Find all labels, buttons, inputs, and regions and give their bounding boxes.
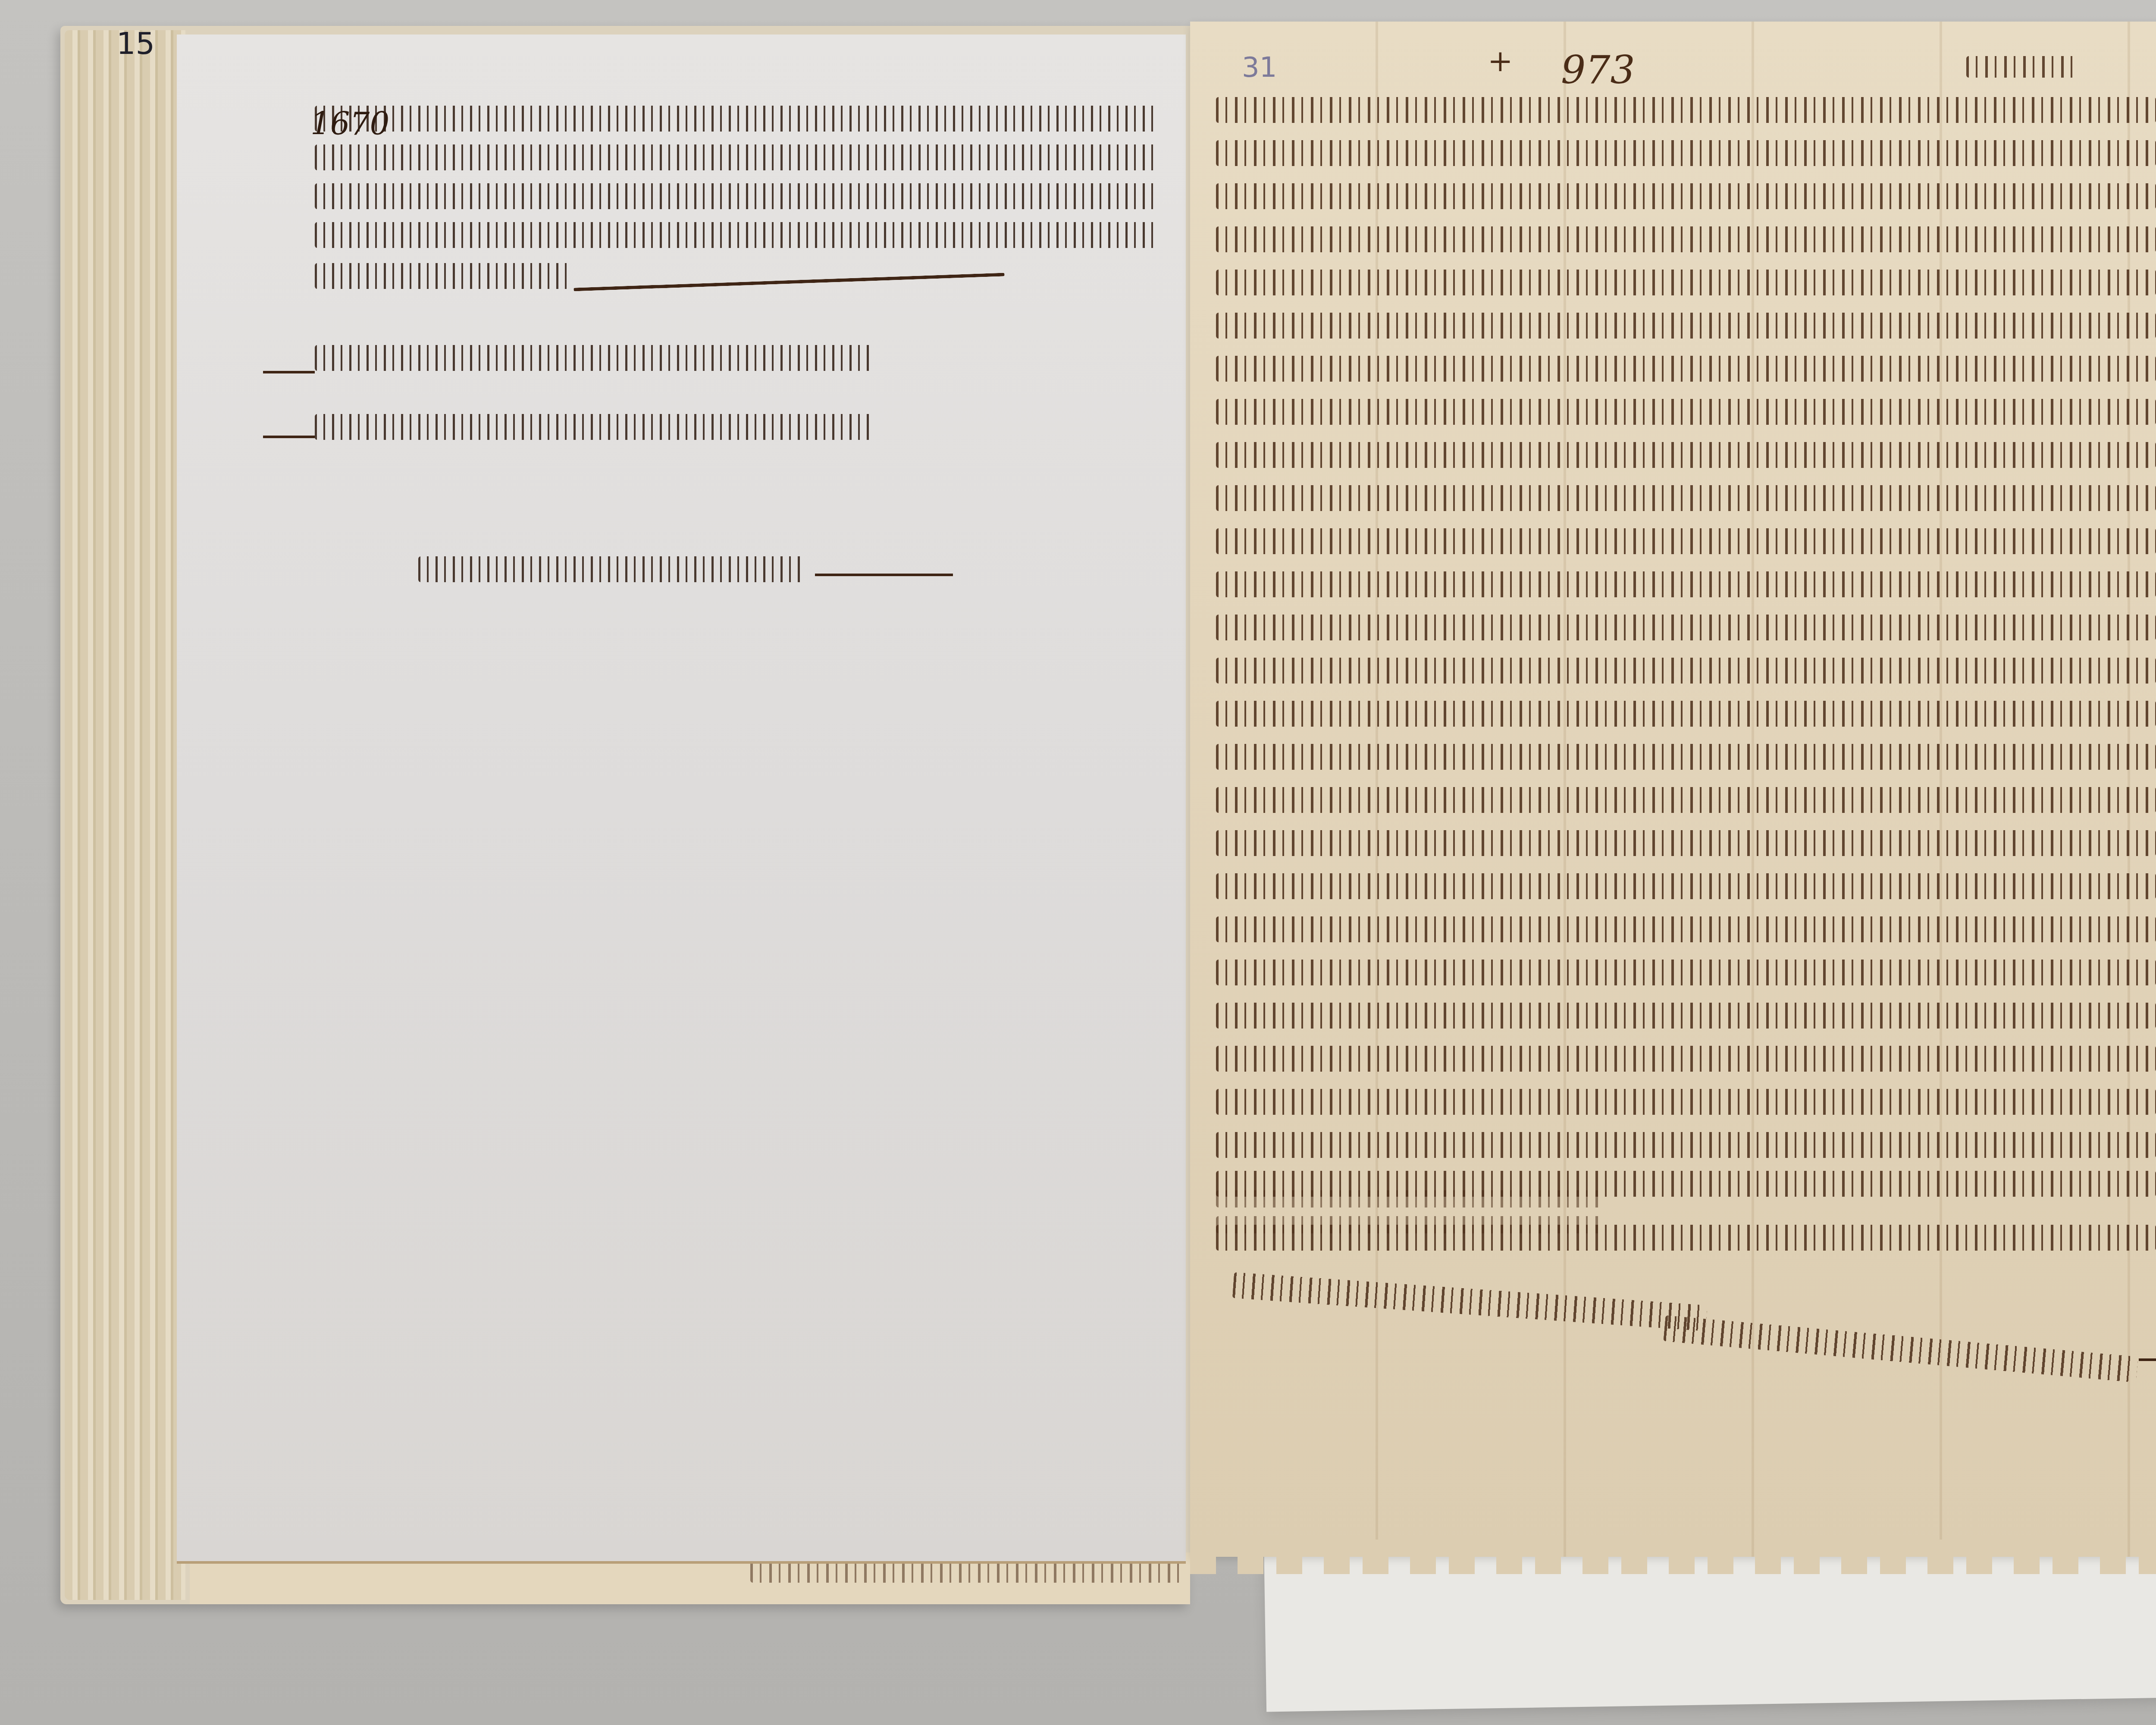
text-line [315,222,1156,248]
text-line [1216,183,2156,209]
text-line [315,183,1156,209]
text-line [1216,787,2156,813]
text-line [1216,615,2156,640]
text-line [1216,873,2156,899]
underline-stroke [573,273,1005,292]
text-line [1216,960,2156,985]
header-word [1966,50,2078,85]
small-text-line [1216,1216,1604,1233]
dash [263,371,315,373]
dash [263,436,315,438]
text-line [1216,830,2156,856]
text-line [1216,701,2156,727]
text-line [1216,1046,2156,1072]
text-line [1216,485,2156,511]
text-line [315,263,573,289]
folio-number: 15 [116,26,155,61]
page-edges [65,30,185,1600]
text-line [1216,1089,2156,1115]
text-line [1216,916,2156,942]
torn-edge [1190,1540,2156,1574]
text-line [1216,528,2156,554]
text-line [1216,140,2156,166]
closing-line [1232,1272,1708,1331]
text-line [1216,571,2156,597]
right-page [1190,22,2156,1557]
text-line [1216,442,2156,468]
text-line [1216,658,2156,684]
text-line [1216,313,2156,339]
annotation-line [315,414,875,440]
cross-mark: + [1488,43,1513,78]
left-page [177,34,1186,1564]
text-line [1216,356,2156,382]
header-handwriting [1966,56,2078,78]
pencil-number: 31 [1242,52,1277,84]
header-number: 973 [1561,47,1635,93]
text-line [1216,1003,2156,1029]
text-line [315,144,1156,170]
dash [815,574,953,576]
text-line [315,106,1156,132]
annotation-line [418,556,806,582]
closing-line [1663,1315,2138,1383]
underlying-handwriting [750,1561,1181,1583]
text-line [1216,1132,2156,1158]
text-line [1216,399,2156,425]
annotation-line [315,345,875,371]
small-text-line [1216,1190,1604,1207]
text-line [1216,744,2156,770]
text-line [1216,270,2156,295]
text-line [1216,97,2156,123]
date-text: 1670 [310,106,389,142]
dash [2139,1358,2156,1361]
text-line [1216,226,2156,252]
